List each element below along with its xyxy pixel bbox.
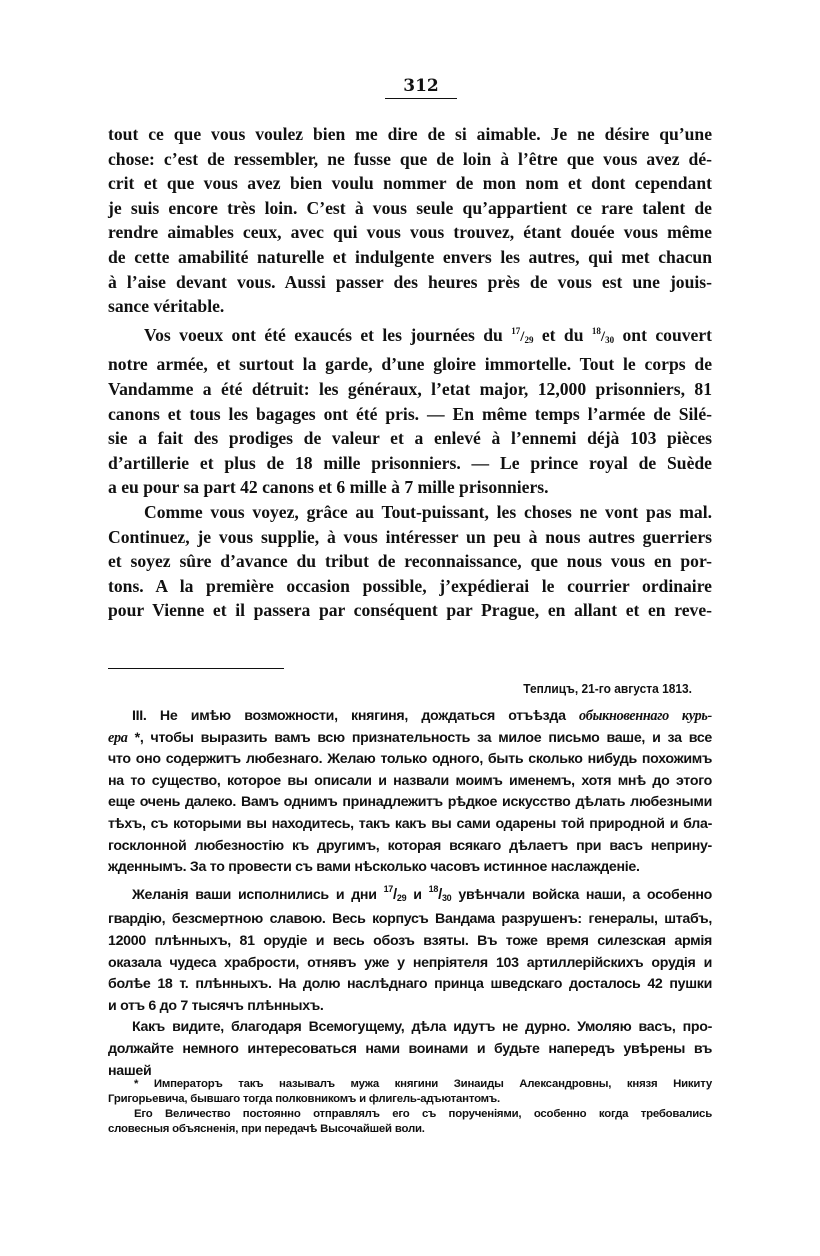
text-line: Vandamme a été détruit: les généraux, l’… [108,377,712,402]
text-line: sie a fait des prodiges de valeur et a e… [108,426,712,451]
text-line: je suis encore très loin. C’est à vous s… [108,196,712,221]
text-line: должайте немного интересоваться нами вои… [108,1039,712,1082]
text-line: что оно содержитъ любезнаго. Желаю тольк… [108,749,712,771]
text-line: crit et que vous avez bien voulu nommer … [108,171,712,196]
text-fragment: Желанія ваши исполнились и дни [132,887,384,903]
text-line: rendre aimables ceux, avec qui vous vous… [108,220,712,245]
text-line: sance véritable. [108,294,712,319]
text-line: Comme vous voyez, grâce au Tout-puissant… [108,500,712,525]
text-fragment: ont couvert [614,325,712,345]
text-line: et soyez sûre d’avance du tribut de reco… [108,549,712,574]
text-fragment: *, чтобы выразить вамъ всю признательнос… [128,730,712,746]
text-line: chose: c’est de ressembler, ne fusse que… [108,147,712,172]
text-line: a eu pour sa part 42 canons et 6 mille à… [108,475,712,500]
footnotes: * Императоръ такъ называлъ мужа княгини … [108,1077,712,1137]
text-line: canons et tous les bagages ont été pris.… [108,402,712,427]
footnote-line: словесныя объясненія, при передачѣ Высоч… [108,1122,712,1137]
date-fraction-numerator: 18 [592,326,601,336]
text-line-with-dates: Желанія ваши исполнились и дни 17/29 и 1… [108,879,712,910]
text-line: à l’aise devant vous. Aussi passer des h… [108,270,712,295]
text-line: жденнымъ. За то провести съ вами нѣсколь… [108,857,712,879]
footnote-line: Его Величество постоянно отправлялъ его … [108,1107,712,1122]
text-line: 12000 плѣнныхъ, 81 орудіе и весь обозъ в… [108,931,712,953]
text-line: тѣхъ, съ которыми вы находитесь, такъ ка… [108,814,712,836]
footnote-line: * Императоръ такъ называлъ мужа княгини … [108,1077,712,1092]
text-line: оказала чудеса храбрости, отнявъ уже у н… [108,953,712,975]
text-line: III. Не имѣю возможности, княгиня, дожда… [108,706,712,728]
text-line: tons. A la première occasion possible, j… [108,574,712,599]
text-line: госклонной любезностію къ другимъ, котор… [108,836,712,858]
text-line: de cette amabilité naturelle et indulgen… [108,245,712,270]
text-line-with-dates: Vos voeux ont été exaucés et les journée… [108,319,712,353]
footnote-line: Григорьевича, бывшаго тогда полковникомъ… [108,1092,712,1107]
date-fraction-numerator: 18 [429,884,438,894]
text-line: еще очень далеко. Вамъ однимъ принадлежи… [108,792,712,814]
date-fraction-numerator: 17 [511,326,520,336]
text-fragment: увѣнчали войска наши, а особенно [451,887,712,903]
page-number: 312 [385,76,457,99]
text-line: болѣе 18 т. плѣнныхъ. На долю наслѣднаго… [108,974,712,996]
italic-text: ера [108,730,128,746]
text-fragment: III. Не имѣю возможности, княгиня, дожда… [132,708,579,724]
text-fragment: et du [533,325,591,345]
text-line: Continuez, je vous supplie, à vous intér… [108,525,712,550]
text-line: ера *, чтобы выразить вамъ всю признател… [108,728,712,750]
book-page: 312 tout ce que vous voulez bien me dire… [0,0,820,1256]
italic-text: обыкновеннаго курь- [579,708,712,724]
letter-date: Теплицъ, 21-го августа 1813. [155,680,692,698]
date-fraction-denominator: 30 [442,893,451,903]
text-line: гвардію, безсмертною славою. Весь корпус… [108,909,712,931]
date-fraction-denominator: 29 [397,893,406,903]
text-line: pour Vienne et il passera par conséquent… [108,598,712,623]
date-fraction-denominator: 30 [605,335,614,345]
text-line: d’artillerie et plus de 18 mille prisonn… [108,451,712,476]
text-line: Какъ видите, благодаря Всемогущему, дѣла… [108,1017,712,1039]
french-letter-text: tout ce que vous voulez bien me dire de … [108,122,712,623]
text-line: на то существо, которое вы описали и наз… [108,771,712,793]
text-line: tout ce que vous voulez bien me dire de … [108,122,712,147]
section-divider [108,668,284,669]
text-fragment: Vos voeux ont été exaucés et les journée… [144,325,511,345]
text-line: и отъ 6 до 7 тысячъ плѣнныхъ. [108,996,712,1018]
russian-translation-text: III. Не имѣю возможности, княгиня, дожда… [108,706,712,1082]
text-fragment: и [406,887,428,903]
date-fraction-numerator: 17 [384,884,393,894]
text-line: notre armée, et surtout la garde, d’une … [108,352,712,377]
